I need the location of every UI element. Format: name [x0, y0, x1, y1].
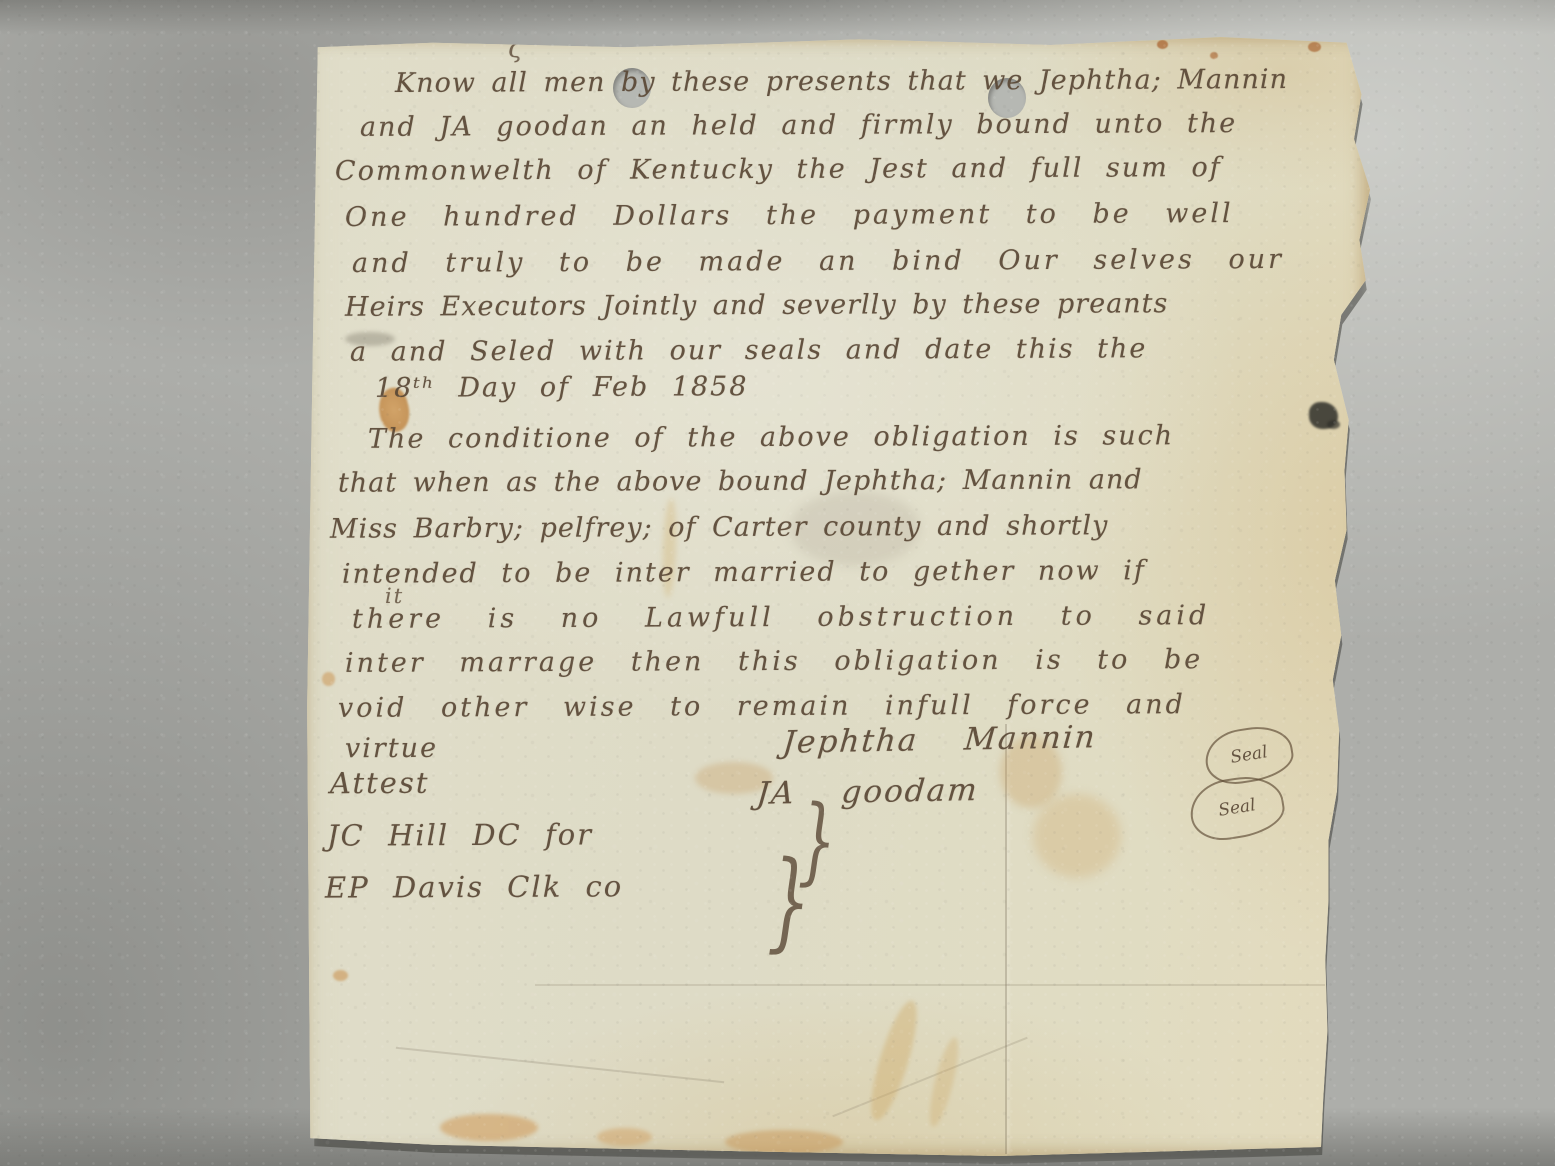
signature-ja-goodam: JA goodam — [755, 772, 980, 812]
stain — [333, 970, 348, 981]
handwritten-line: Miss Barbry; pelfrey; of Carter county a… — [330, 510, 1109, 544]
stain — [440, 1114, 538, 1141]
fold-crease-horizontal — [535, 984, 1325, 986]
signature-jephtha-mannin: Jephtha Mannin — [781, 719, 1098, 760]
stain — [322, 672, 335, 686]
photo-scene: ϛ it Know all men by these presents that… — [0, 0, 1555, 1166]
handwritten-line: void other wise to remain infull force a… — [338, 689, 1186, 724]
handwritten-line: Commonwelth of Kentucky the Jest and ful… — [335, 152, 1222, 187]
stain — [924, 1035, 964, 1129]
handwritten-line: The conditione of the above obligation i… — [368, 420, 1174, 455]
attest-label: Attest — [330, 766, 430, 800]
stray-pen-mark: ϛ — [508, 34, 525, 64]
seal-mark: Seal — [1186, 771, 1288, 845]
witness-brace: } — [767, 847, 812, 957]
stain — [862, 997, 925, 1125]
stain — [725, 1130, 843, 1154]
stain — [1210, 52, 1218, 59]
handwritten-line: One hundred Dollars the payment to be we… — [345, 198, 1234, 233]
stain — [1308, 42, 1321, 52]
handwritten-line: that when as the above bound Jephtha; Ma… — [338, 464, 1143, 499]
handwritten-line: inter marrage then this obligation is to… — [345, 644, 1203, 679]
handwritten-line: there is no Lawfull obstruction to said — [352, 600, 1210, 635]
document-paper: ϛ it Know all men by these presents that… — [305, 36, 1370, 1156]
fold-crease-vertical — [1005, 724, 1007, 1154]
handwritten-line: and truly to be made an bind Our selves … — [352, 244, 1284, 279]
handwritten-line: Heirs Executors Jointly and severlly by … — [345, 288, 1168, 323]
fold-crease-diagonal — [832, 1037, 1027, 1118]
ink-smudge — [1327, 420, 1340, 429]
handwritten-line: virtue — [345, 733, 438, 764]
handwritten-line: a and Seled with our seals and date this… — [350, 333, 1148, 367]
stain — [1033, 794, 1121, 878]
witness-line: JC Hill DC for — [327, 817, 593, 852]
handwritten-line: 18ᵗʰ Day of Feb 1858 — [375, 371, 749, 404]
handwritten-line: and JA goodan an held and firmly bound u… — [360, 108, 1237, 143]
fold-crease-diagonal — [396, 1047, 724, 1083]
stain — [1157, 40, 1168, 49]
witness-line: EP Davis Clk co — [325, 869, 623, 904]
handwritten-line: Know all men by these presents that we J… — [395, 64, 1288, 99]
handwritten-line: intended to be inter married to gether n… — [342, 555, 1146, 590]
ink-smudge — [1309, 402, 1338, 429]
stain — [597, 1128, 652, 1146]
